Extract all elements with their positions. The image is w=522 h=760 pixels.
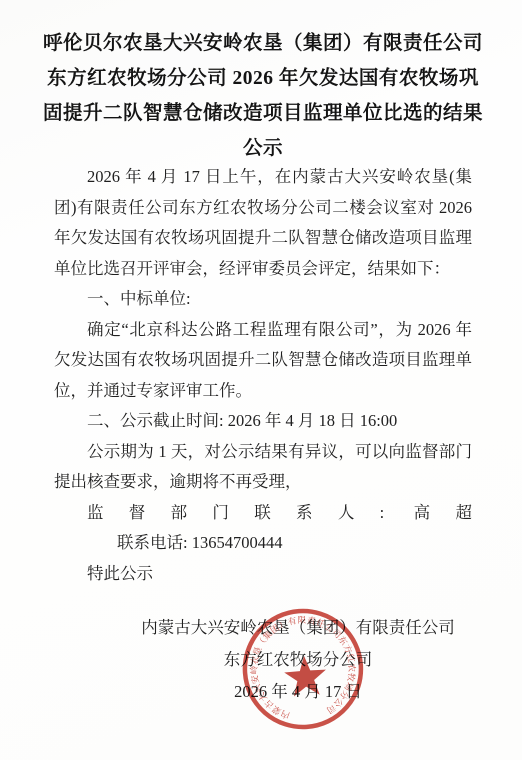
official-seal: 内蒙古大兴安岭农垦（集团）有限责任公司东方红农牧场分公司 <box>235 602 372 739</box>
title-line-1: 呼伦贝尔农垦大兴安岭农垦（集团）有限责任公司 <box>40 26 486 61</box>
title-line-4: 公示 <box>40 131 486 166</box>
document-body: 2026 年 4 月 17 日上午，在内蒙古大兴安岭农垦(集团)有限责任公司东方… <box>54 162 472 589</box>
document-page: 呼伦贝尔农垦大兴安岭农垦（集团）有限责任公司 东方红农牧场分公司 2026 年欠… <box>0 0 522 760</box>
paragraph-winner-detail: 确定“北京科达公路工程监理有限公司”，为 2026 年欠发达国有农牧场巩固提升二… <box>54 315 472 407</box>
paragraph-winner-heading: 一、中标单位: <box>54 284 472 315</box>
contact-phone-text: 联系电话: 13654700444 <box>84 528 282 559</box>
seal-star-icon <box>283 654 327 697</box>
contact-person-text: 监督部门联系人: 高超 <box>87 503 472 522</box>
document-title: 呼伦贝尔农垦大兴安岭农垦（集团）有限责任公司 东方红农牧场分公司 2026 年欠… <box>40 0 486 166</box>
paragraph-deadline: 二、公示截止时间: 2026 年 4 月 18 日 16:00 <box>54 406 472 437</box>
paragraph-contact: 监督部门联系人: 高超 联系电话: 13654700444 <box>54 498 472 559</box>
title-line-3: 固提升二队智慧仓储改造项目监理单位比选的结果 <box>40 96 486 131</box>
paragraph-intro: 2026 年 4 月 17 日上午，在内蒙古大兴安岭农垦(集团)有限责任公司东方… <box>54 162 472 284</box>
title-line-2: 东方红农牧场分公司 2026 年欠发达国有农牧场巩 <box>40 61 486 96</box>
paragraph-conclusion: 特此公示 <box>54 559 472 590</box>
paragraph-objection: 公示期为 1 天，对公示结果有异议，可以向监督部门提出核查要求，逾期将不再受理， <box>54 437 472 498</box>
